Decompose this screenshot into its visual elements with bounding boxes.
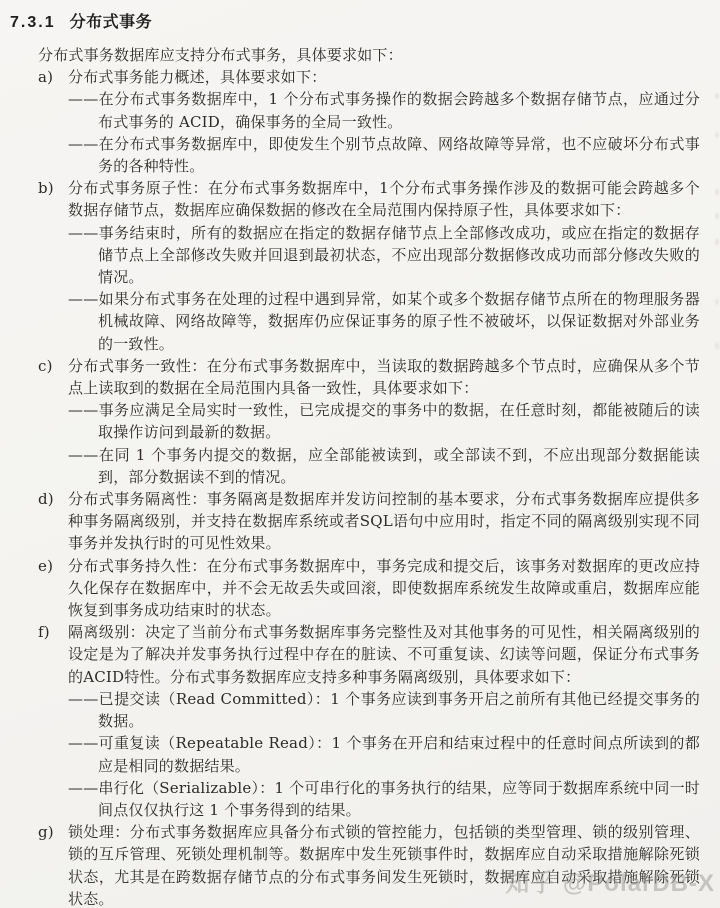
section-body: 分布式事务数据库应支持分布式事务，具体要求如下： a) 分布式事务能力概述，具体… — [0, 32, 720, 908]
section-title: 分布式事务 — [70, 14, 153, 31]
item-text-e: 分布式事务持久性：在分布式事务数据库中，事务完成和提交后，该事务对数据库的更改应… — [68, 555, 700, 622]
list-item-b: b) 分布式事务原子性：在分布式事务数据库中，1个分布式事务操作涉及的数据可能会… — [38, 177, 700, 355]
item-text-c: 分布式事务一致性：在分布式事务数据库中，当读取的数据跨越多个节点时，应确保从多个… — [68, 355, 700, 399]
dash-subitem: ——如果分布式事务在处理的过程中遇到异常，如某个或多个数据存储节点所在的物理服务… — [68, 288, 700, 355]
document-page: 7.3.1分布式事务 分布式事务数据库应支持分布式事务，具体要求如下： a) 分… — [0, 0, 720, 908]
item-label-a: a) — [38, 66, 68, 88]
scan-artifacts — [714, 0, 720, 908]
list-item-e: e) 分布式事务持久性：在分布式事务数据库中，事务完成和提交后，该事务对数据库的… — [38, 555, 700, 622]
section-heading: 7.3.1分布式事务 — [0, 0, 720, 32]
list-item-g: g) 锁处理：分布式事务数据库应具备分布式锁的管控能力，包括锁的类型管理、锁的级… — [38, 821, 700, 908]
dash-subitem: ——已提交读（Read Committed）：1 个事务应读到事务开启之前所有其… — [68, 688, 700, 732]
item-label-d: d) — [38, 488, 68, 510]
dash-subitem: ——事务结束时，所有的数据应在指定的数据存储节点上全部修改成功，或应在指定的数据… — [68, 222, 700, 289]
section-number: 7.3.1 — [10, 14, 56, 31]
dash-subitem: ——在同 1 个事务内提交的数据，应全部能被读到，或全部读不到，不应出现部分数据… — [68, 444, 700, 488]
dash-subitem: ——在分布式事务数据库中，1 个分布式事务操作的数据会跨越多个数据存储节点，应通… — [68, 88, 700, 132]
dash-subitem: ——事务应满足全局实时一致性，已完成提交的事务中的数据，在任意时刻，都能被随后的… — [68, 399, 700, 443]
item-label-f: f) — [38, 621, 68, 643]
item-label-c: c) — [38, 355, 68, 377]
item-text-d: 分布式事务隔离性：事务隔离是数据库并发访问控制的基本要求，分布式事务数据库应提供… — [68, 488, 700, 555]
list-item-a: a) 分布式事务能力概述，具体要求如下： ——在分布式事务数据库中，1 个分布式… — [38, 66, 700, 177]
item-text-f: 隔离级别：决定了当前分布式事务数据库事务完整性及对其他事务的可见性，相关隔离级别… — [68, 621, 700, 688]
dash-subitem: ——串行化（Serializable）：1 个可串行化的事务执行的结果，应等同于… — [68, 777, 700, 821]
item-text-a: 分布式事务能力概述，具体要求如下： — [68, 66, 700, 88]
dash-subitem: ——可重复读（Repeatable Read）：1 个事务在开启和结束过程中的任… — [68, 732, 700, 776]
item-label-g: g) — [38, 821, 68, 843]
dash-subitem: ——在分布式事务数据库中，即使发生个别节点故障、网络故障等异常，也不应破坏分布式… — [68, 133, 700, 177]
list-item-f: f) 隔离级别：决定了当前分布式事务数据库事务完整性及对其他事务的可见性，相关隔… — [38, 621, 700, 821]
list-item-d: d) 分布式事务隔离性：事务隔离是数据库并发访问控制的基本要求，分布式事务数据库… — [38, 488, 700, 555]
item-text-g: 锁处理：分布式事务数据库应具备分布式锁的管控能力，包括锁的类型管理、锁的级别管理… — [68, 821, 700, 908]
item-label-b: b) — [38, 177, 68, 199]
item-text-b: 分布式事务原子性：在分布式事务数据库中，1个分布式事务操作涉及的数据可能会跨越多… — [68, 177, 700, 221]
intro-paragraph: 分布式事务数据库应支持分布式事务，具体要求如下： — [38, 44, 700, 66]
list-item-c: c) 分布式事务一致性：在分布式事务数据库中，当读取的数据跨越多个节点时，应确保… — [38, 355, 700, 488]
item-label-e: e) — [38, 555, 68, 577]
